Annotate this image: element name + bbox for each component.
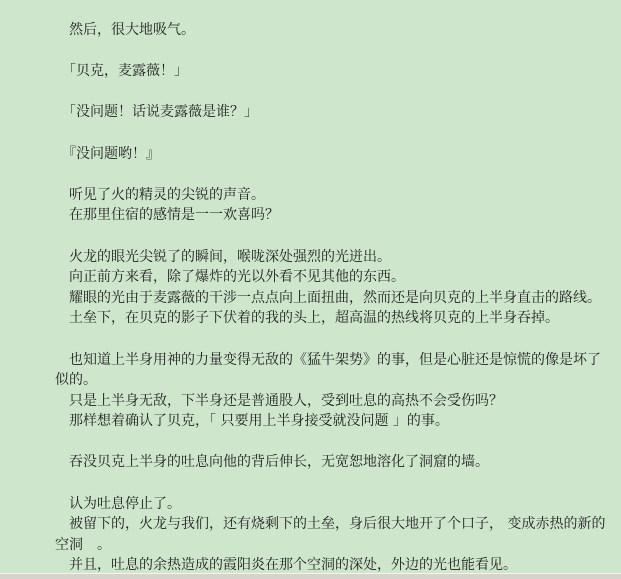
novel-reader-page: 然后，很大地吸气。 「贝克，麦露薇！」 「没问题！话说麦露薇是谁？」 『没问题哟… [0, 0, 621, 579]
text-line: 似的。 [55, 370, 609, 391]
text-line: 「贝克，麦露薇！」 [55, 61, 609, 82]
text-line: 空洞 。 [55, 535, 609, 556]
text-line [55, 164, 609, 185]
text-line [55, 82, 609, 103]
text-line: 火龙的眼光尖锐了的瞬间，喉咙深处强烈的光迸出。 [55, 247, 609, 268]
text-line [55, 329, 609, 350]
text-line: 耀眼的光由于麦露薇的干涉一点点向上面扭曲，然而还是向贝克的上半身直击的路线。 [55, 288, 609, 309]
novel-text-content: 然后，很大地吸气。 「贝克，麦露薇！」 「没问题！话说麦露薇是谁？」 『没问题哟… [0, 0, 621, 576]
text-line [55, 123, 609, 144]
text-line: 认为吐息停止了。 [55, 494, 609, 515]
text-line: 向正前方来看，除了爆炸的光以外看不见其他的东西。 [55, 267, 609, 288]
text-line [55, 473, 609, 494]
text-line: 土垒下，在贝克的影子下伏着的我的头上，超高温的热线将贝克的上半身吞掉。 [55, 308, 609, 329]
text-line: 然后，很大地吸气。 [55, 20, 609, 41]
text-line [55, 41, 609, 62]
text-line: 那样想着确认了贝克，「 只要用上半身接受就没问题 」的事。 [55, 411, 609, 432]
text-line: 在那里住宿的感情是一一欢喜吗？ [55, 205, 609, 226]
text-line: 吞没贝克上半身的吐息向他的背后伸长，无宽恕地溶化了洞窟的墙。 [55, 452, 609, 473]
text-line: 被留下的，火龙与我们，还有烧剩下的土垒，身后很大地开了个口子， 变成赤热的新的 [55, 514, 609, 535]
text-line: 『没问题哟！』 [55, 144, 609, 165]
text-line: 听见了火的精灵的尖锐的声音。 [55, 185, 609, 206]
text-line: 只是上半身无敌，下半身还是普通股人，受到吐息的高热不会受伤吗？ [55, 391, 609, 412]
text-line [55, 432, 609, 453]
text-line: 也知道上半身用神的力量变得无敌的《猛牛架势》的事，但是心脏还是惊慌的像是坏了 [55, 350, 609, 371]
text-line [55, 226, 609, 247]
window-bottom-edge [0, 573, 621, 579]
text-line: 「没问题！话说麦露薇是谁？」 [55, 102, 609, 123]
